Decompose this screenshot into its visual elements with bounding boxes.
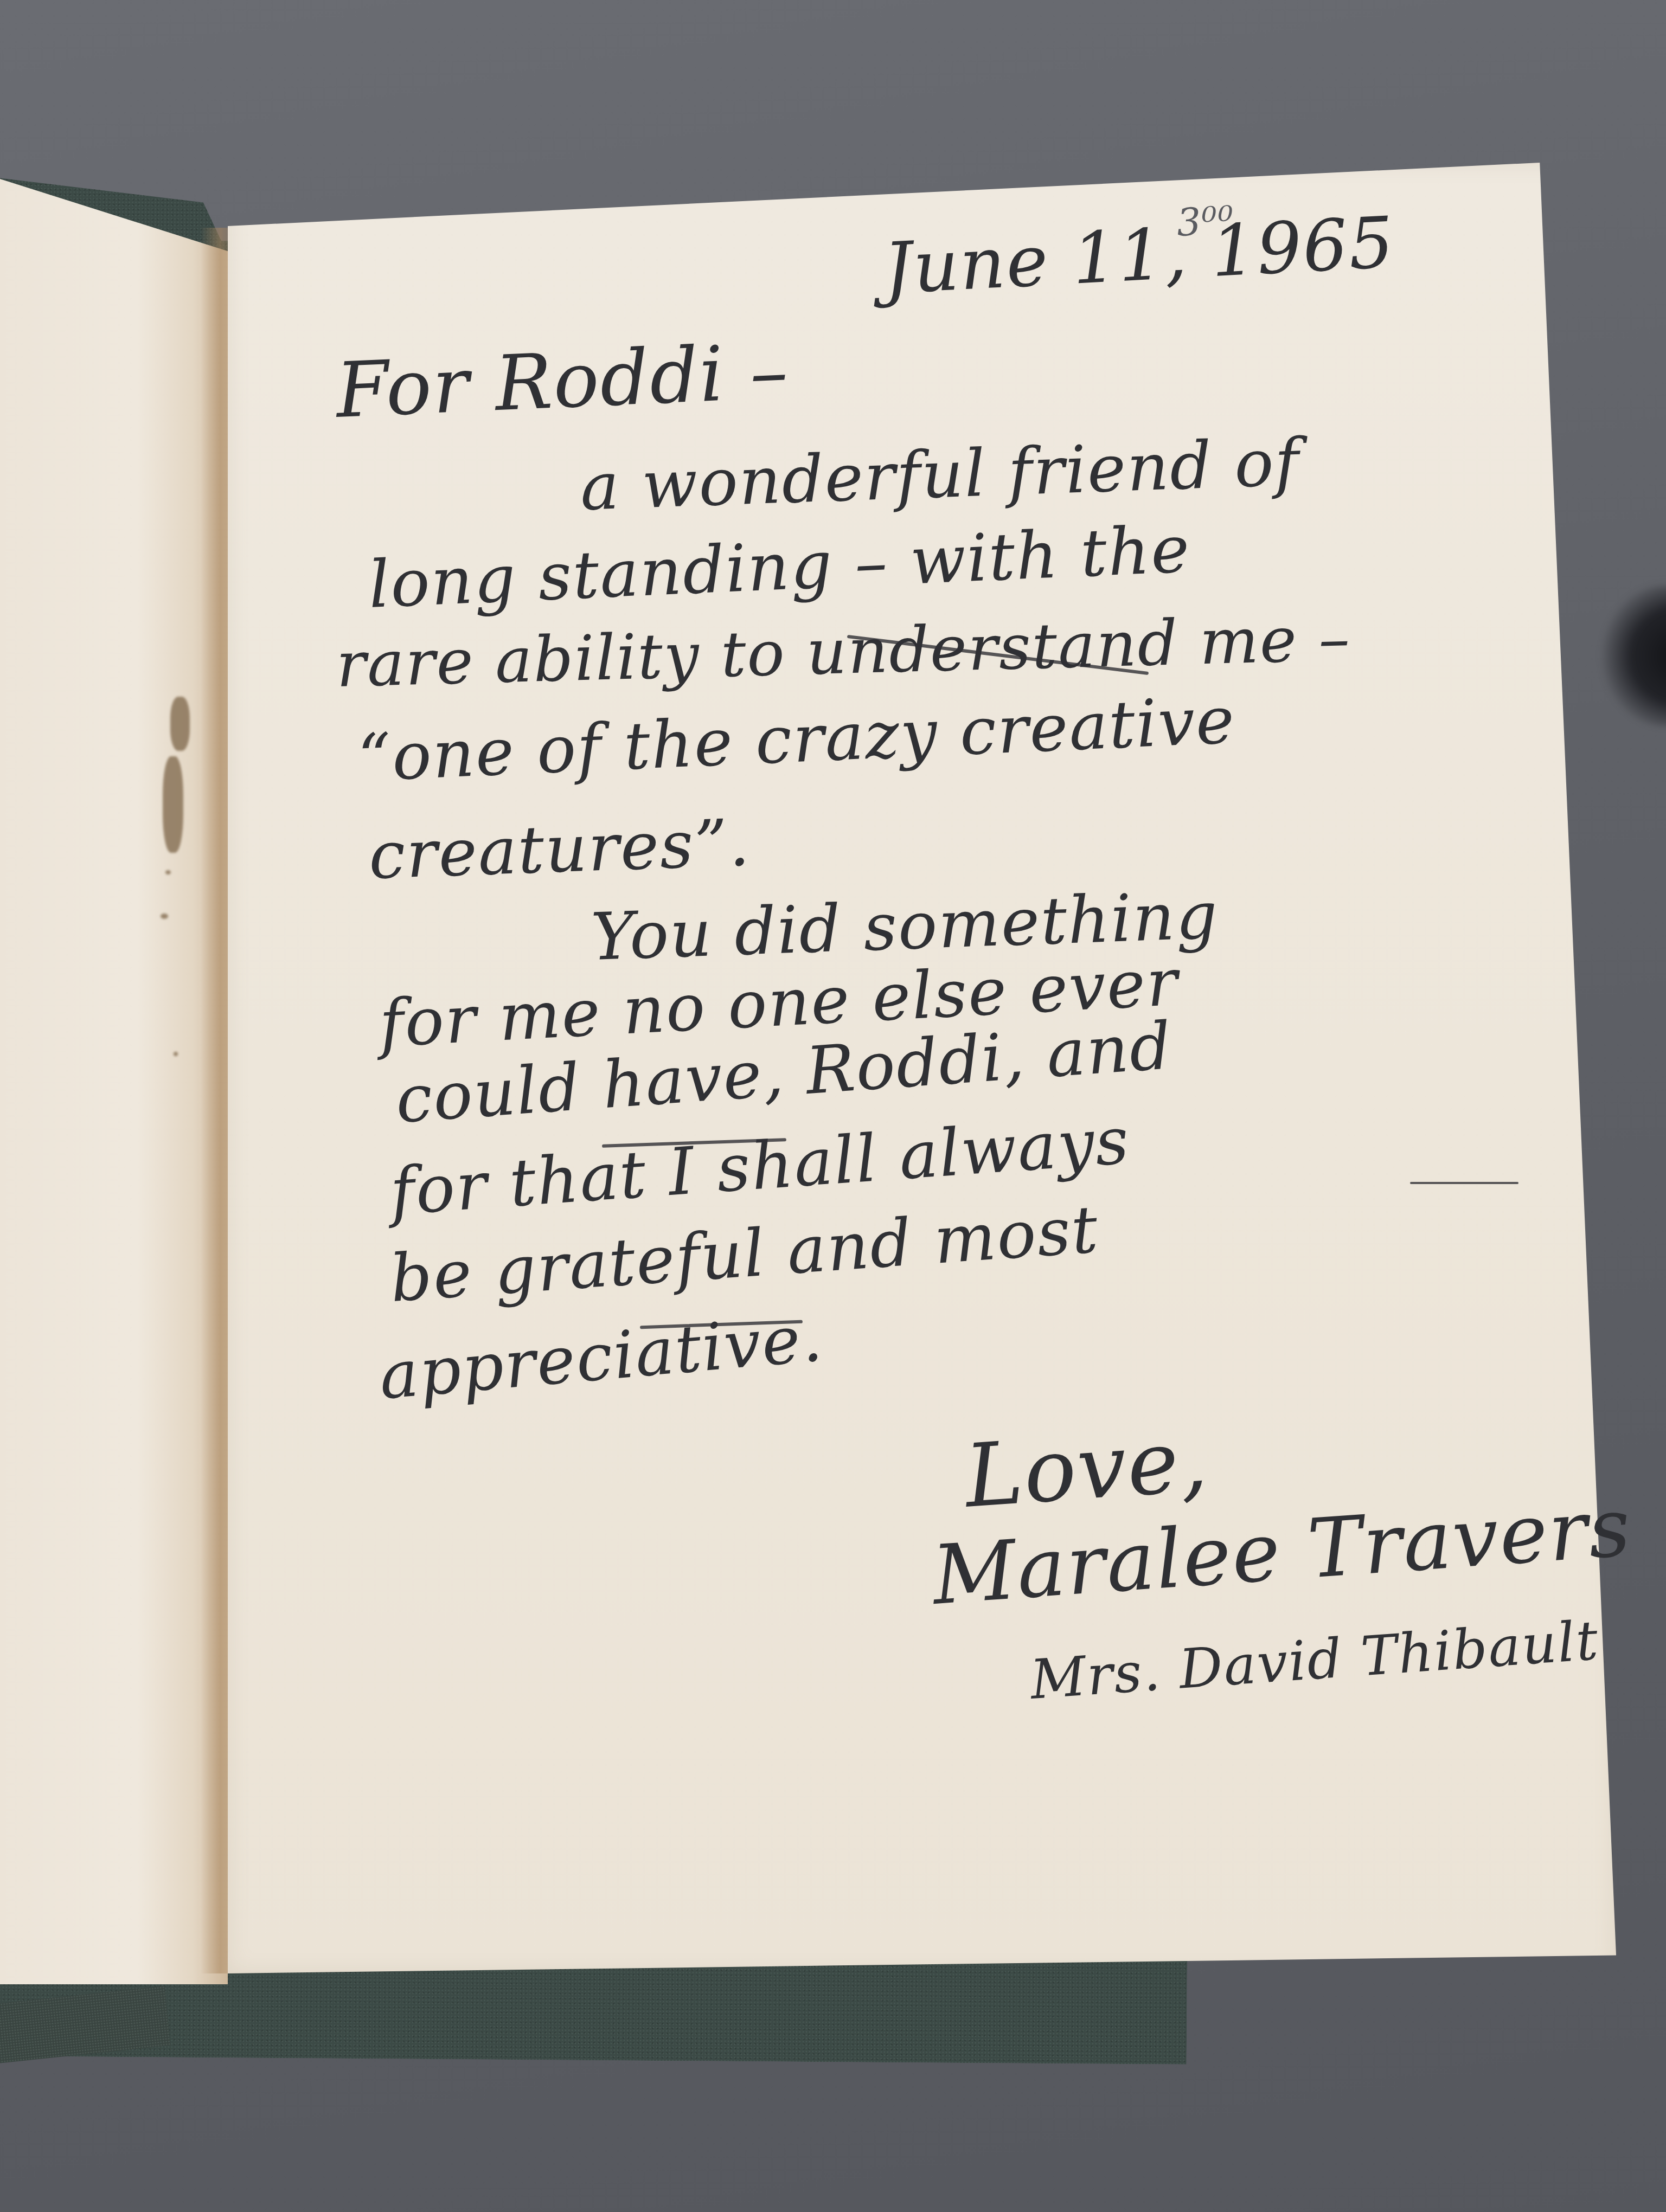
stain-mark [165,870,171,874]
stain-mark [161,914,168,919]
inscription-line: creatures”. [368,805,752,893]
closing: Love, [962,1409,1211,1527]
stain-mark [170,697,190,751]
stain-mark [174,1052,178,1056]
underline-stroke [1410,1182,1518,1184]
flyleaf-page [0,179,228,1984]
stain-mark [163,756,183,853]
